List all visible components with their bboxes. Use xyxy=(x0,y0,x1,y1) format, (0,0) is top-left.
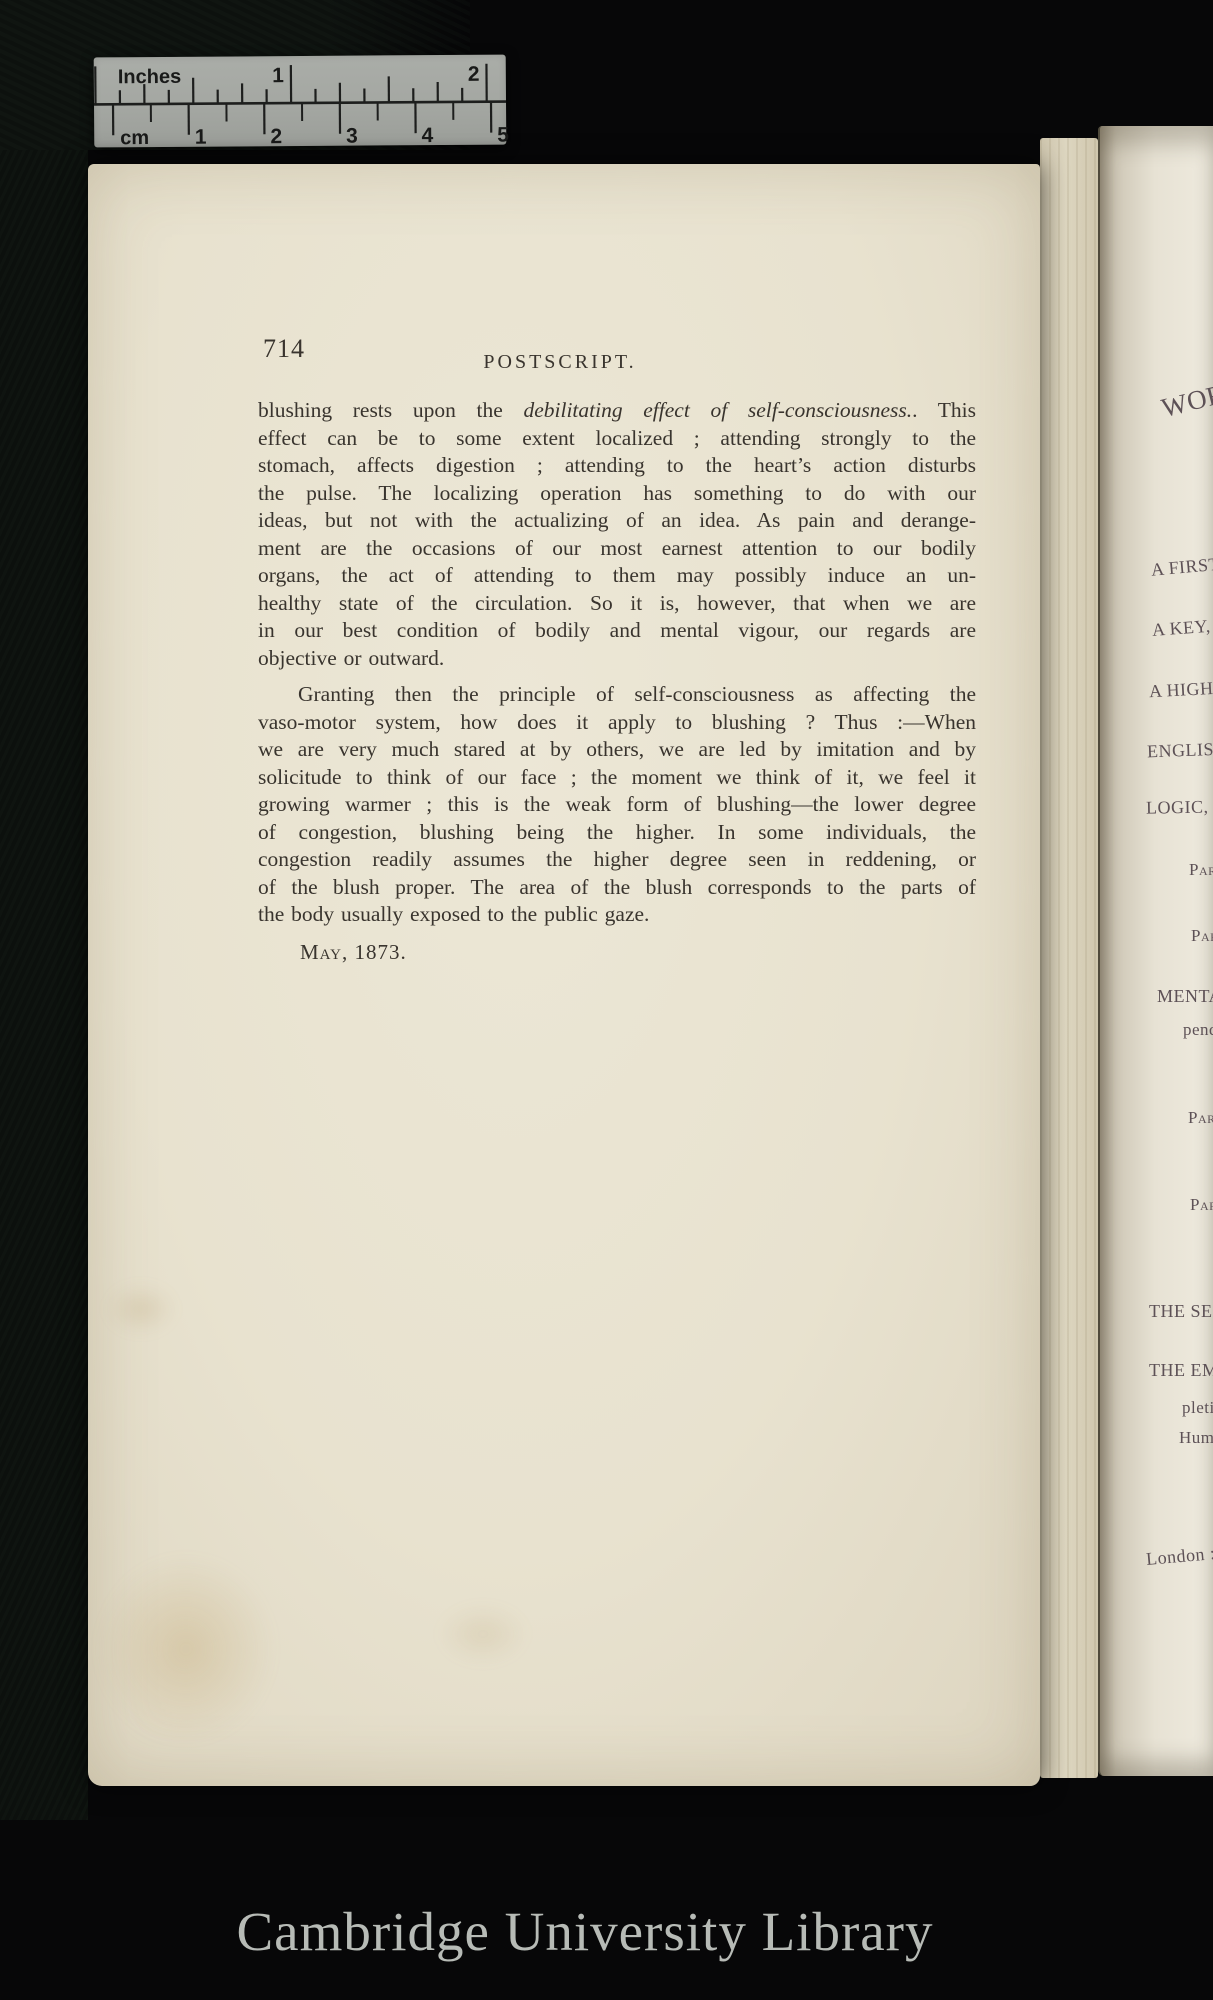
adjacent-page-fragment: Hum xyxy=(1179,1428,1213,1448)
paper-stain xyxy=(106,1284,176,1334)
svg-text:2: 2 xyxy=(468,63,480,86)
adjacent-page-fragment: Par xyxy=(1190,1195,1213,1215)
adjacent-page-fragment: MENTAL xyxy=(1157,986,1213,1007)
svg-text:1: 1 xyxy=(272,64,284,87)
svg-text:1: 1 xyxy=(195,126,207,149)
adjacent-page-fragment: Par xyxy=(1188,1108,1213,1128)
adjacent-page-fragment: pleti xyxy=(1182,1398,1213,1418)
photo-stage: 12Inches12345cm WORKS A FIRST E A KEY, w… xyxy=(0,0,1213,2000)
date-line: May, 1873. xyxy=(300,940,407,965)
svg-text:3: 3 xyxy=(346,125,358,148)
adjacent-page-fragment: A HIGHER xyxy=(1149,677,1213,703)
dark-fabric-background-left xyxy=(0,0,88,1820)
svg-text:5: 5 xyxy=(497,124,509,147)
adjacent-page-fragment: THE EMO xyxy=(1149,1360,1213,1381)
running-head: POSTSCRIPT. xyxy=(443,351,677,374)
adjacent-page-fragment: ENGLISH xyxy=(1147,739,1213,763)
library-caption: Cambridge University Library xyxy=(0,1900,1170,1963)
adjacent-page-fragment: pend xyxy=(1183,1020,1213,1040)
adjacent-page xyxy=(1098,126,1213,1776)
body-text: blushing rests upon the debilitating eff… xyxy=(258,397,976,938)
measurement-ruler: 12Inches12345cm xyxy=(94,55,507,148)
paper-stain xyxy=(438,1604,528,1664)
svg-text:2: 2 xyxy=(270,125,282,148)
svg-text:cm: cm xyxy=(120,127,149,149)
book-page: 714 POSTSCRIPT. blushing rests upon the … xyxy=(88,164,1040,1786)
adjacent-page-fragment: Par xyxy=(1189,860,1213,880)
svg-text:4: 4 xyxy=(422,124,434,147)
adjacent-page-fragment: THE SEN xyxy=(1149,1301,1213,1322)
svg-text:Inches: Inches xyxy=(118,66,182,88)
page-number: 714 xyxy=(263,334,305,364)
page-fore-edge xyxy=(1040,138,1098,1778)
adjacent-page-fragment: Par xyxy=(1191,926,1213,946)
adjacent-page-fragment: LOGIC, I xyxy=(1146,796,1213,818)
ruler-scale-graphic: 12Inches12345cm xyxy=(94,55,507,148)
paper-stain xyxy=(96,1554,276,1744)
